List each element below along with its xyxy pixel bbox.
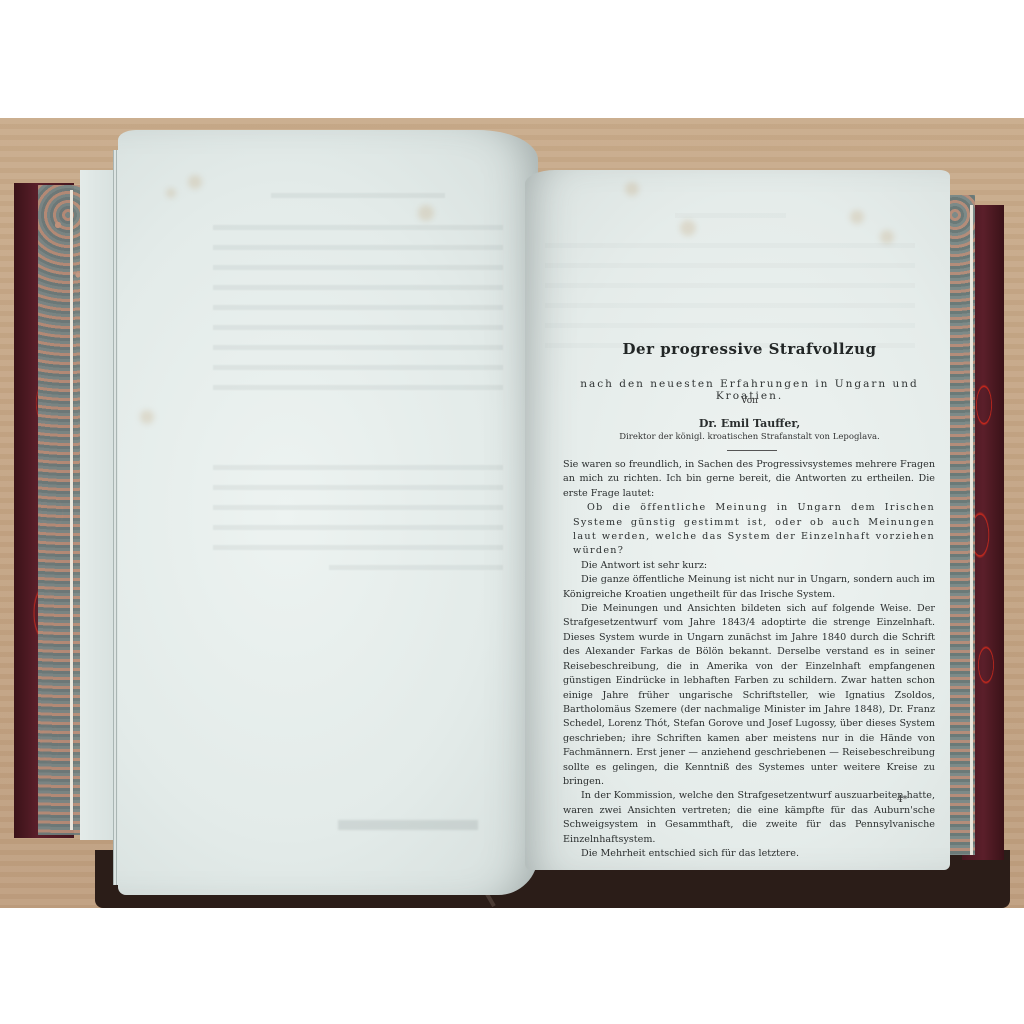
left-edge-highlight [70, 190, 73, 830]
author-affiliation: Direktor der königl. kroatischen Strafan… [577, 432, 922, 442]
foxing-stain [188, 175, 202, 189]
signature-mark: 4* [897, 795, 907, 805]
show-through-text [213, 180, 503, 572]
paragraph: Die ganze öffentliche Meinung ist nicht … [563, 573, 935, 602]
article-title: Der progressive Strafvollzug [577, 340, 922, 358]
article-author: Dr. Emil Tauffer, [577, 417, 922, 430]
foxing-stain [625, 182, 639, 196]
left-page [118, 130, 538, 895]
paragraph: Die Antwort ist sehr kurz: [563, 559, 935, 573]
quoted-question: Ob die öffentliche Meinung in Ungarn dem… [563, 501, 935, 559]
paragraph: Sie waren so freundlich, in Sachen des P… [563, 458, 935, 501]
article-body: Sie waren so freundlich, in Sachen des P… [563, 458, 935, 861]
separator-rule [727, 450, 777, 451]
right-page: Der progressive Strafvollzug nach den ne… [525, 170, 950, 870]
paragraph: Die Meinungen und Ansichten bildeten sic… [563, 602, 935, 789]
show-through-text [545, 200, 915, 350]
paragraph: In der Kommission, welche den Strafgeset… [563, 789, 935, 847]
show-through-footer [338, 820, 478, 830]
paragraph: Die Mehrheit entschied sich für das letz… [563, 847, 935, 861]
right-edge-highlight [970, 205, 973, 855]
foxing-stain [140, 410, 154, 424]
byline-von: Von [577, 396, 922, 406]
foxing-stain [166, 188, 176, 198]
